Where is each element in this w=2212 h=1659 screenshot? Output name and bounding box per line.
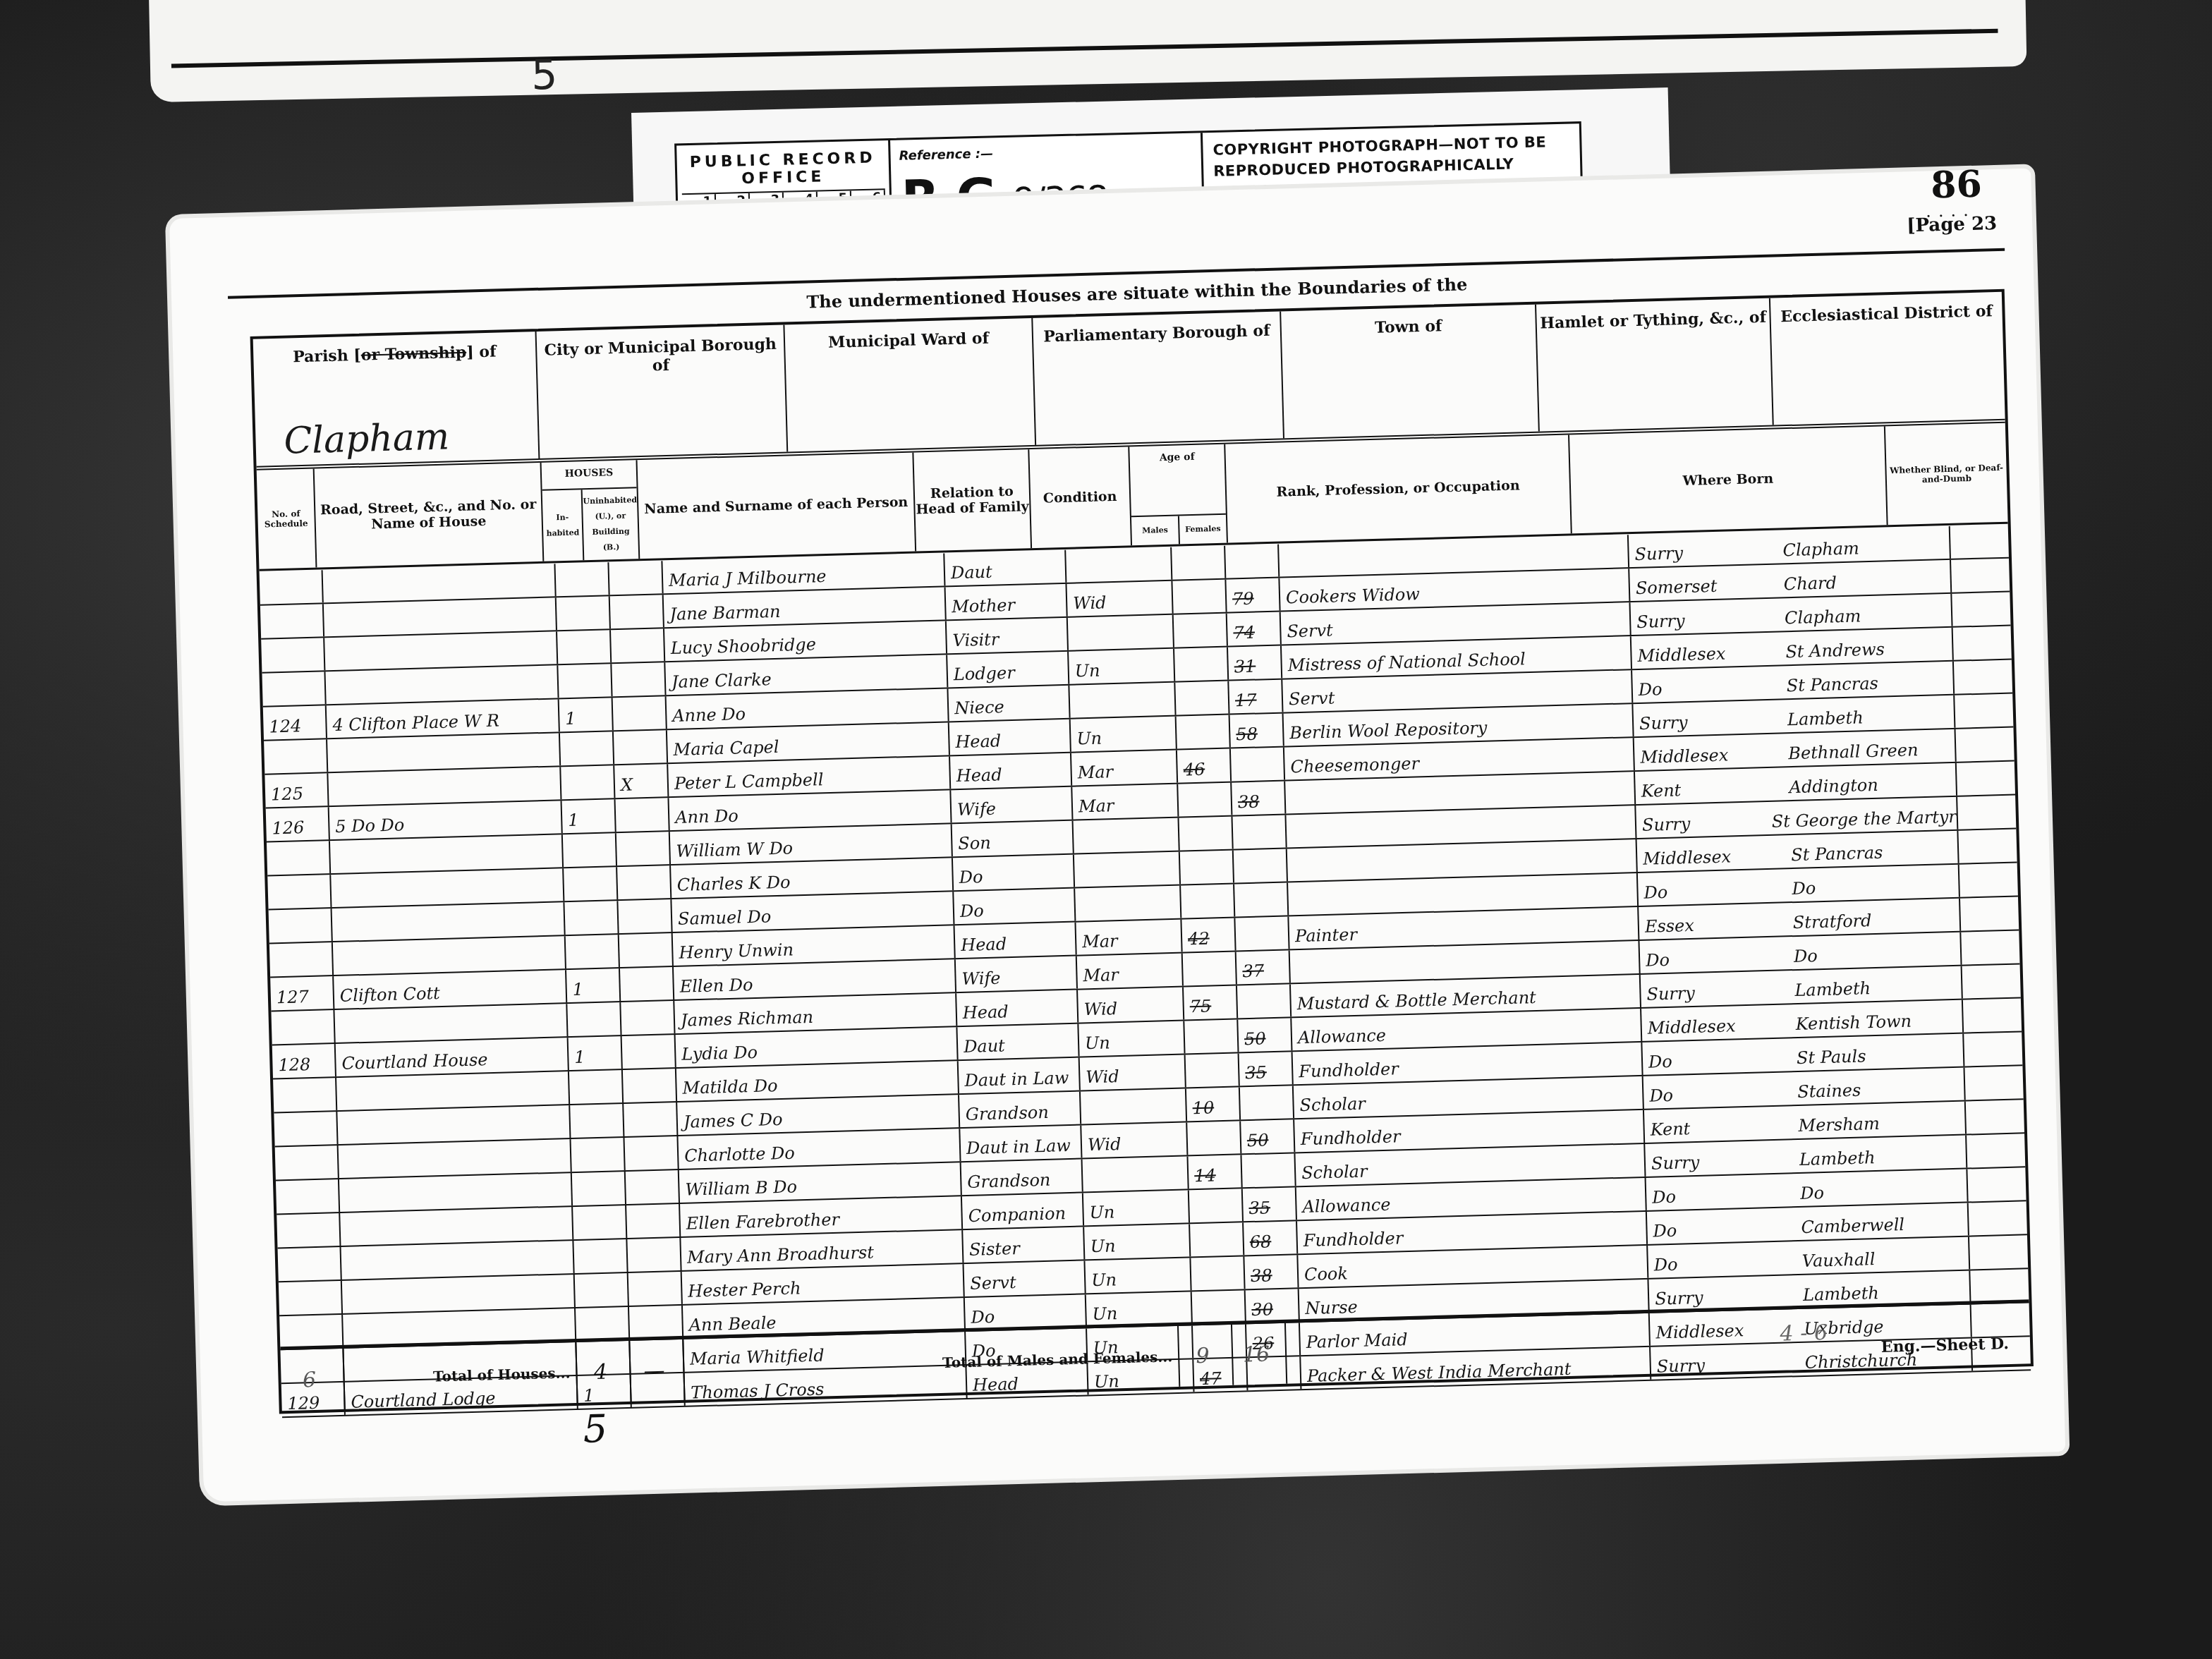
condition: Un [1069, 649, 1175, 684]
person-name: William B Do [679, 1162, 962, 1203]
condition: Un [1078, 1021, 1185, 1056]
uninhabited-mark [626, 1170, 680, 1204]
relation: Do [954, 889, 1076, 925]
relation: Companion [962, 1193, 1084, 1229]
male-age [1186, 1053, 1240, 1087]
relation: Son [952, 821, 1074, 857]
house-address [339, 1139, 572, 1178]
birth-place: Chard [1783, 573, 1837, 594]
female-age [1232, 815, 1287, 849]
col-houses: HOUSES In-habited Uninhabited (U.), or B… [542, 460, 640, 561]
female-age: 68 [1244, 1221, 1298, 1255]
female-age [1231, 748, 1285, 782]
female-age [1237, 984, 1292, 1018]
relation: Grandson [961, 1159, 1083, 1195]
person-name: Anne Do [667, 688, 949, 729]
inhabited-mark [576, 1307, 630, 1341]
house-address [330, 834, 564, 873]
male-age [1187, 1121, 1241, 1155]
person-name: Samuel Do [671, 892, 954, 932]
person-name: Lydia Do [676, 1027, 959, 1067]
town-cell: Town of [1281, 305, 1540, 439]
municipal-ward-cell: Municipal Ward of [784, 318, 1036, 451]
condition [1075, 886, 1181, 921]
house-address [324, 631, 558, 670]
uninhabited-mark [615, 798, 669, 832]
male-age: 14 [1188, 1155, 1242, 1189]
birth-county: Surry [1655, 1285, 1804, 1309]
birth-place: St Andrews [1785, 639, 1885, 662]
schedule-number [275, 1145, 339, 1179]
parish-value: Clapham [284, 415, 450, 462]
schedule-number [276, 1179, 340, 1213]
relation: Wife [951, 787, 1073, 823]
blind-deaf [1964, 1032, 2022, 1066]
person-name: Jane Barman [664, 587, 947, 627]
inhabited-mark [558, 664, 612, 698]
condition: Un [1083, 1190, 1190, 1225]
person-name: Henry Unwin [673, 925, 956, 966]
female-age [1241, 1153, 1296, 1187]
uninhabited-mark [622, 1035, 676, 1069]
birth-place: Do [1794, 946, 1818, 966]
blind-deaf [1962, 964, 2021, 998]
hamlet-cell: Hamlet or Tything, &c., of [1536, 298, 1774, 432]
birth-county: Do [1646, 947, 1794, 971]
condition: Mar [1076, 920, 1182, 955]
female-age: 79 [1226, 578, 1280, 612]
male-age [1174, 648, 1229, 681]
birth-place: Vauxhall [1801, 1249, 1875, 1271]
reference-label: Reference :— [899, 146, 993, 163]
uninhabited-mark [624, 1102, 678, 1136]
person-name: James Richman [674, 993, 957, 1033]
male-age [1184, 1019, 1239, 1053]
inhabited-mark [569, 1070, 624, 1104]
blind-deaf [1961, 930, 2019, 964]
inhabited-mark [557, 630, 612, 664]
blind-deaf [1967, 1134, 2025, 1167]
blind-deaf [1951, 559, 2010, 592]
relation: Lodger [947, 652, 1069, 688]
uninhabited-mark [610, 595, 664, 628]
female-age: 58 [1230, 714, 1284, 748]
male-age [1191, 1256, 1245, 1290]
col-occupation: Rank, Profession, or Occupation [1225, 435, 1572, 542]
inhabited-mark [571, 1138, 626, 1172]
condition [1083, 1156, 1189, 1191]
condition [1074, 852, 1181, 887]
birth-place: Clapham [1782, 538, 1859, 560]
margin-note: 4 - 6 [1780, 1320, 1828, 1347]
condition [1081, 1088, 1187, 1124]
col-house: Road, Street, &c., and No. or Name of Ho… [315, 463, 545, 568]
house-address [331, 868, 564, 907]
males-total: 9 [1179, 1325, 1234, 1387]
uninhabited-mark [620, 967, 674, 1001]
schedule-number: 125 [265, 773, 329, 807]
birth-county: Middlesex [1637, 642, 1786, 666]
uninhabited-mark [626, 1204, 681, 1238]
uninhabited-mark [628, 1272, 683, 1306]
birth-county: Somerset [1636, 574, 1785, 598]
house-address [328, 767, 561, 806]
person-name: Ann Do [669, 790, 952, 830]
schedule-number [269, 942, 334, 976]
birth-county: Surry [1651, 1150, 1800, 1174]
house-address: 5 Do Do [329, 801, 563, 839]
schedule-number [273, 1078, 337, 1112]
schedule-number [276, 1213, 341, 1247]
birth-place: Mersham [1798, 1114, 1880, 1136]
inhabited-mark [567, 1002, 621, 1036]
houses-tally: 6 [280, 1349, 345, 1411]
uninhabited-mark [629, 1306, 683, 1339]
inhabited-mark [560, 731, 614, 765]
blind-deaf [1958, 829, 2017, 863]
male-age [1177, 715, 1231, 749]
parish-cell: Parish [or Township] of Clapham [253, 332, 540, 466]
male-age [1180, 851, 1234, 885]
blind-deaf [1954, 660, 2012, 694]
below-table-mark: 5 [583, 1406, 608, 1452]
previous-page-edge: 5 [148, 0, 2026, 102]
birth-place: Lambeth [1803, 1283, 1879, 1305]
birth-county: Surry [1636, 608, 1785, 632]
house-address [341, 1241, 575, 1280]
birth-county: Surry [1642, 812, 1773, 835]
male-age: 42 [1181, 918, 1236, 952]
parish-label: Parish [or Township] of [293, 343, 497, 367]
condition: Wid [1066, 581, 1173, 616]
birth-county: Do [1643, 879, 1792, 903]
relation: Servt [964, 1260, 1086, 1296]
schedule-number: 124 [263, 705, 327, 739]
parliamentary-borough-cell: Parliamentary Borough of [1033, 311, 1284, 444]
schedule-number [279, 1315, 344, 1349]
birth-county: Kent [1641, 777, 1789, 801]
house-address [333, 936, 566, 975]
females-total: 16 [1232, 1323, 1287, 1385]
relation: Mother [946, 584, 1068, 620]
birth-place: Stratford [1792, 911, 1871, 932]
male-age [1192, 1290, 1246, 1324]
house-address: Courtland House [336, 1038, 569, 1076]
inhabited-mark [573, 1239, 628, 1273]
house-address [336, 1071, 570, 1110]
inhabited-mark [570, 1104, 624, 1138]
relation: Wife [956, 956, 1078, 992]
person-name: Mary Ann Broadhurst [681, 1230, 964, 1270]
inhabited-mark [561, 765, 615, 799]
uninhabited-mark [621, 1001, 675, 1035]
condition [1074, 818, 1180, 853]
male-age [1179, 817, 1234, 851]
person-name: Maria Capel [667, 722, 950, 762]
birth-county: Do [1652, 1184, 1801, 1208]
col-name: Name and Surname of each Person [637, 453, 916, 559]
birth-place: Clapham [1785, 606, 1861, 628]
birth-place: Do [1800, 1183, 1824, 1203]
uninhabited-mark [612, 662, 666, 696]
birth-county: Do [1653, 1217, 1801, 1241]
condition [1066, 547, 1172, 583]
inhabited-mark: 1 [562, 799, 616, 833]
relation: Daut in Law [959, 1058, 1081, 1094]
birth-county: Do [1648, 1048, 1797, 1072]
sheet-mark: Eng.—Sheet D. [1880, 1335, 2009, 1356]
col-uninhabited: Uninhabited (U.), or Building (B.) [583, 488, 638, 560]
birth-place: Kentish Town [1795, 1011, 1912, 1034]
house-address [339, 1173, 573, 1212]
schedule-number: 127 [270, 976, 334, 1010]
relation: Daut [944, 550, 1066, 586]
col-schedule: No. of Schedule [257, 469, 317, 569]
blind-deaf [1967, 1167, 2026, 1201]
col-blind-deaf: Whether Blind, or Deaf-and-Dumb [1885, 423, 2008, 525]
male-age [1178, 783, 1232, 817]
census-page: 86 ···· [Page 23 The undermentioned Hous… [169, 169, 2065, 1502]
house-address [340, 1207, 573, 1246]
uninhabited-mark [623, 1069, 677, 1102]
birth-county: Middlesex [1647, 1014, 1796, 1038]
inhabited-mark [564, 901, 619, 935]
schedule-number [261, 638, 325, 671]
condition: Un [1071, 717, 1177, 752]
birth-place: Bethnall Green [1788, 740, 1919, 763]
condition: Un [1084, 1224, 1191, 1259]
birth-county: Do [1649, 1082, 1798, 1106]
blind-deaf [1956, 728, 2015, 762]
schedule-number [260, 570, 324, 604]
male-age [1181, 884, 1235, 918]
female-age: 38 [1244, 1255, 1299, 1289]
birth-place: Staines [1797, 1081, 1861, 1102]
birth-county: Surry [1639, 710, 1788, 734]
female-age [1234, 882, 1289, 916]
birth-county: Essex [1645, 913, 1794, 937]
person-name: Ellen Farebrother [680, 1196, 963, 1236]
blind-deaf [1952, 592, 2010, 626]
female-age: 50 [1241, 1119, 1295, 1153]
inhabited-mark [557, 596, 611, 630]
schedule-number: 126 [266, 807, 330, 841]
relation: Daut in Law [960, 1125, 1082, 1161]
ecclesiastical-district-cell: Ecclesiastical District of [1770, 292, 2005, 425]
inhabited-mark [564, 867, 618, 901]
inhabited-mark [563, 833, 617, 867]
condition: Mar [1077, 954, 1184, 989]
blind-deaf [1950, 525, 2009, 559]
uninhabited-mark [624, 1136, 679, 1170]
male-age: 46 [1177, 749, 1232, 783]
schedule-number: 128 [272, 1044, 336, 1078]
col-relation: Relation to Head of Family [913, 449, 1032, 551]
birth-county: Middlesex [1643, 845, 1792, 869]
city-borough-cell: City or Municipal Borough of [537, 324, 789, 458]
col-females: Females [1179, 515, 1227, 545]
previous-page-border [171, 29, 1998, 68]
birth-county: Surry [1646, 980, 1795, 1004]
col-condition: Condition [1029, 446, 1132, 548]
uninhabited-mark: X [614, 764, 669, 798]
inhabited-mark: 1 [559, 698, 614, 731]
person-name: Charlotte Do [678, 1129, 961, 1169]
birth-place: Lambeth [1787, 707, 1864, 729]
female-age [1235, 916, 1289, 950]
female-age [1225, 545, 1280, 578]
inhabited-mark [566, 935, 620, 968]
schedule-number [278, 1247, 342, 1281]
birth-place: Addington [1789, 775, 1878, 797]
person-name: Charles K Do [671, 858, 954, 898]
male-age [1172, 580, 1227, 614]
female-age: 35 [1243, 1187, 1297, 1221]
blind-deaf [1957, 796, 2016, 829]
birth-place: Lambeth [1794, 978, 1871, 1000]
blind-deaf [1970, 1269, 2029, 1303]
female-age: 37 [1236, 950, 1291, 984]
male-age [1174, 614, 1228, 648]
relation: Head [950, 753, 1072, 789]
blind-deaf [1955, 694, 2013, 728]
uninhabited-mark [613, 696, 667, 730]
person-name: Matilda Do [676, 1061, 959, 1101]
condition: Un [1086, 1292, 1193, 1327]
inhabited-mark [572, 1172, 626, 1205]
person-name: Maria J Milbourne [662, 553, 945, 593]
schedule-number [267, 841, 331, 875]
birth-county: Kent [1650, 1116, 1799, 1140]
birth-place: Lambeth [1799, 1148, 1876, 1169]
house-address [327, 733, 561, 772]
person-name: William W Do [670, 824, 953, 864]
inhabited-mark: 1 [566, 968, 621, 1002]
male-age: 10 [1186, 1087, 1241, 1121]
col-where-born: Where Born [1569, 426, 1888, 533]
condition: Wid [1078, 988, 1184, 1023]
house-address [342, 1275, 576, 1313]
female-age: 38 [1232, 781, 1286, 815]
uninhabited-mark [619, 933, 674, 967]
house-address [337, 1105, 571, 1144]
person-name: Peter L Campbell [668, 756, 951, 796]
male-age: 75 [1184, 985, 1238, 1019]
relation: Head [956, 990, 1078, 1026]
house-address [332, 902, 566, 941]
house-address [324, 597, 557, 636]
col-inhabited: In-habited [542, 490, 585, 561]
birth-place: St George the Martyr [1771, 807, 1957, 832]
schedule-number [267, 875, 332, 909]
col-age: Age of Males Females [1129, 444, 1228, 546]
female-age: 74 [1227, 612, 1282, 646]
female-age [1240, 1086, 1294, 1119]
blind-deaf [1964, 1066, 2023, 1100]
condition: Un [1085, 1258, 1191, 1293]
male-age [1189, 1189, 1244, 1222]
person-name: Lucy Shoobridge [664, 621, 947, 661]
house-address: 4 Clifton Place W R [327, 699, 560, 738]
relation: Head [949, 719, 1071, 755]
blind-deaf [1953, 626, 2012, 660]
male-age [1183, 952, 1237, 985]
female-age: 31 [1228, 646, 1282, 680]
schedule-number [264, 739, 328, 773]
schedule-number [260, 604, 324, 638]
blind-deaf [1966, 1100, 2024, 1134]
relation: Visitr [947, 618, 1069, 654]
person-name: James C Do [677, 1095, 960, 1135]
person-name: Hester Perch [682, 1264, 965, 1304]
birth-place: St Pauls [1797, 1046, 1866, 1068]
birth-place: Do [1792, 878, 1816, 899]
relation: Do [953, 855, 1075, 891]
condition: Mar [1071, 750, 1178, 786]
col-males: Males [1131, 516, 1180, 545]
schedule-number [274, 1112, 338, 1145]
male-age [1175, 681, 1229, 715]
uninhabited-total: — [630, 1339, 685, 1402]
person-name: Ellen Do [674, 959, 956, 999]
uninhabited-mark [618, 899, 672, 933]
inhabited-mark [573, 1205, 627, 1239]
house-address [325, 665, 559, 704]
house-address: Clifton Cott [334, 970, 567, 1009]
condition [1069, 683, 1176, 718]
female-age: 17 [1229, 680, 1283, 714]
blind-deaf [1957, 762, 2015, 796]
female-age [1234, 849, 1288, 882]
condition [1068, 615, 1174, 650]
house-address [323, 564, 557, 602]
uninhabited-mark [614, 730, 668, 764]
blind-deaf [1963, 998, 2022, 1032]
previous-page-mark: 5 [531, 51, 558, 99]
female-age: 35 [1239, 1052, 1294, 1086]
blind-deaf [1969, 1201, 2027, 1235]
census-rows: Maria J MilbourneDautSurryClaphamJane Ba… [260, 525, 2031, 1418]
schedule-number [262, 671, 326, 705]
inhabited-mark [555, 562, 609, 596]
birth-place: St Pancras [1786, 674, 1878, 696]
condition: Mar [1072, 784, 1179, 820]
pro-office-title: PUBLIC RECORD OFFICE [676, 140, 889, 189]
birth-place: St Pancras [1791, 843, 1883, 865]
schedule-number [269, 909, 333, 942]
page-number: [Page 23 [1907, 213, 1998, 236]
census-table: Parish [or Township] of Clapham City or … [250, 289, 2034, 1414]
relation: Sister [963, 1227, 1085, 1263]
relation: Niece [948, 686, 1070, 722]
schedule-number [271, 1010, 335, 1044]
uninhabited-mark [617, 865, 671, 899]
schedule-number [279, 1281, 343, 1315]
total-houses-label: Total of Houses... [344, 1342, 578, 1409]
birth-county: Do [1638, 676, 1787, 700]
condition: Wid [1080, 1055, 1186, 1090]
female-age: 30 [1246, 1289, 1300, 1323]
uninhabited-mark [609, 561, 663, 595]
condition: Wid [1081, 1122, 1188, 1157]
person-name: Jane Clarke [665, 655, 948, 695]
uninhabited-mark [627, 1238, 681, 1272]
birth-place: Camberwell [1801, 1215, 1904, 1237]
female-age: 50 [1238, 1018, 1292, 1052]
blind-deaf [1959, 863, 2018, 897]
inhabited-mark: 1 [569, 1036, 623, 1070]
relation: Daut [957, 1024, 1079, 1060]
